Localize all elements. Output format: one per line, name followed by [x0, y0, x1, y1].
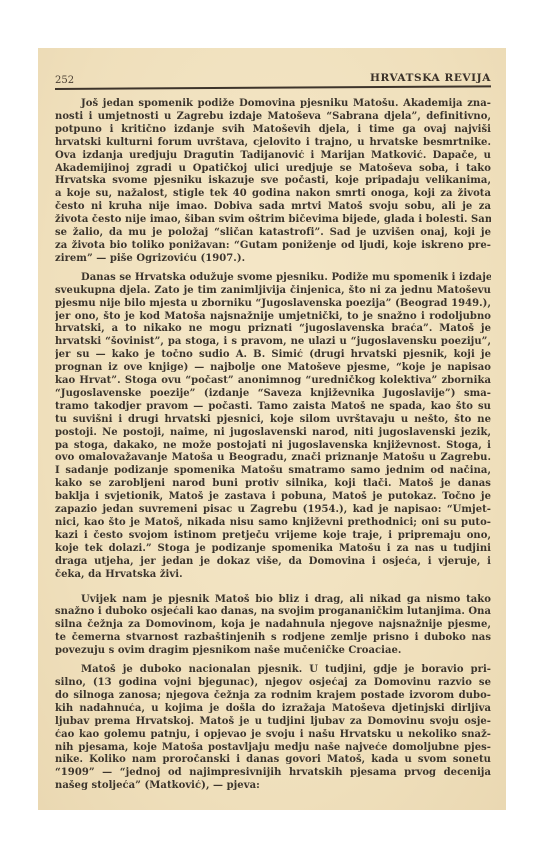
running-title: HRVATSKA REVIJA	[370, 72, 491, 84]
text-line: potpuno i kritično izdanje svih Matoševi…	[55, 124, 491, 137]
text-line: zapazio jedan suvremeni pisac u Zagrebu …	[55, 504, 491, 517]
text-line: Još jedan spomenik podiže Domovina pjesn…	[55, 98, 491, 111]
text-line: kako se zarobljeni narod buni protiv sil…	[55, 478, 491, 491]
text-line: zirem” — piše Ogrizoviću (1907.).	[55, 253, 491, 266]
text-line: ljubav prema Hrvatskoj. Matoš je u tudji…	[55, 716, 491, 729]
text-line: Akademijinoj zgradi u Opatičkoj ulici ur…	[55, 163, 491, 176]
text-line: jer su — kako je točno sudio A. B. Šimić…	[55, 349, 491, 362]
text-line: nike. Koliko nam proročanski i danas gov…	[55, 754, 491, 767]
text-line: tu suvišni i drugi hrvatski pjesnici, ko…	[55, 414, 491, 427]
text-line: nosti i umjetnosti u Zagrebu izdaje Mato…	[55, 111, 491, 124]
text-line: kao Hrvat”. Stoga ovu “počast” anonimnog…	[55, 375, 491, 388]
text-line: nici, kao što je Matoš, nikada nisu samo…	[55, 517, 491, 530]
text-line: “Jugoslavenske poezije” (izdanje “Saveza…	[55, 388, 491, 401]
text-line: Uvijek nam je pjesnik Matoš bio bliz i d…	[55, 594, 491, 607]
text-line: Danas se Hrvatska odužuje svome pjesniku…	[55, 272, 491, 285]
text-line: hrvatski “šovinist”, pa stoga, i s pravo…	[55, 336, 491, 349]
text-line: postoji. Ne postoji, naime, ni jugoslave…	[55, 427, 491, 440]
text-line: tramo takodjer pravom — počasti. Tamo za…	[55, 401, 491, 414]
text-line: pjesmu nije bilo mjesta u zborniku “Jugo…	[55, 298, 491, 311]
text-line: nih pjesama, koje Matoša postavljaju med…	[55, 742, 491, 755]
text-line: našeg stoljeća” (Matković), — pjeva:	[55, 780, 491, 793]
text-line: života često nije imao, šiban svim oštri…	[55, 214, 491, 227]
text-line: ovo omalovažavanje Matoša u Beogradu, zn…	[55, 452, 491, 465]
text-line: silna čežnja za Domovinom, koja je nadah…	[55, 619, 491, 632]
text-line: Ova izdanja uredjuju Dragutin Tadijanovi…	[55, 150, 491, 163]
scanned-page: 252 HRVATSKA REVIJA Još jedan spomenik p…	[38, 48, 506, 810]
text-line: Matoš je duboko nacionalan pjesnik. U tu…	[55, 664, 491, 677]
text-line: te čemerna stvarnost razbaštinjenih s ro…	[55, 632, 491, 645]
text-line: kih nadahnuća, u kojima je došla do izra…	[55, 703, 491, 716]
text-line: hrvatski kulturni forum uvrštava, cjelov…	[55, 137, 491, 150]
paragraph-3: Uvijek nam je pjesnik Matoš bio bliz i d…	[55, 594, 491, 659]
text-line: silno, (13 godina vojni bjegunac), njego…	[55, 677, 491, 690]
paragraph-4: Matoš je duboko nacionalan pjesnik. U tu…	[55, 664, 491, 793]
text-line: draga utjeha, jer jedan je dokaz više, d…	[55, 556, 491, 569]
text-line: često ni kruha nije imao. Dobiva sada mr…	[55, 201, 491, 214]
text-line: povezuju s ovim dragim pjesnikom naše mu…	[55, 645, 491, 658]
paragraph-2: Danas se Hrvatska odužuje svome pjesniku…	[55, 272, 491, 582]
text-line: kazi i često svojom istinom pretječu vri…	[55, 530, 491, 543]
text-line: sveukupna djela. Zato je tim zanimljivij…	[55, 285, 491, 298]
paragraph-1: Još jedan spomenik podiže Domovina pjesn…	[55, 98, 491, 266]
text-line: a koje su, nažalost, stigle tek 40 godin…	[55, 188, 491, 201]
text-line: prognan iz ove knjige) — najbolje one Ma…	[55, 362, 491, 375]
text-line: baklja i svjetionik, Matoš je zastava i …	[55, 491, 491, 504]
article-body: Još jedan spomenik podiže Domovina pjesn…	[55, 98, 491, 793]
text-line: hrvatski, a to nikako ne mogu priznati “…	[55, 323, 491, 336]
text-line: Hrvatska svome pjesniku iskazuje sve poč…	[55, 175, 491, 188]
text-line: čeka, da Hrvatska živi.	[55, 569, 491, 582]
text-line: jer ono, što je kod Matoša najsnažnije u…	[55, 311, 491, 324]
text-line: I sadanje podizanje spomenika Matošu sma…	[55, 465, 491, 478]
text-line: ćao kao golemu patnju, i opjevao je svoj…	[55, 729, 491, 742]
text-line: za života bio toliko ponižavan: “Gutam p…	[55, 240, 491, 253]
text-line: snažno i duboko osjećali kao danas, na s…	[55, 606, 491, 619]
text-line: koje tek dolazi.” Stoga je podizanje spo…	[55, 543, 491, 556]
text-line: do silnoga zanosa; njegova čežnja za rod…	[55, 690, 491, 703]
page-number: 252	[55, 75, 74, 86]
text-line: “1909” — “jednoj od najimpresivnijih hrv…	[55, 767, 491, 780]
text-line: se žalio, da mu je položaj “sličan katas…	[55, 227, 491, 240]
text-line: pa stoga, dakako, ne može postojati ni j…	[55, 440, 491, 453]
